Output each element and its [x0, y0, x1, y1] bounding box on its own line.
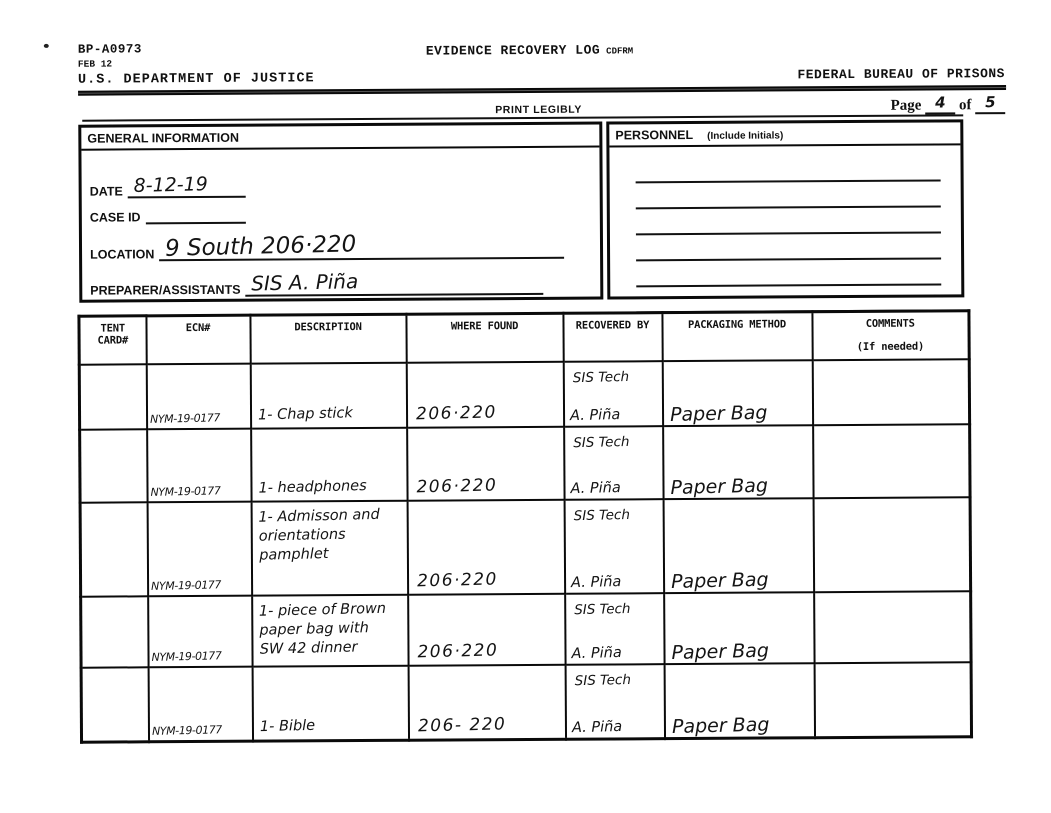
tent-card-cell: [81, 667, 148, 742]
personnel-lines: [609, 145, 961, 313]
agency-name: FEDERAL BUREAU OF PRISONS: [797, 66, 1005, 82]
general-information-box: GENERAL INFORMATION DATE 8-12-19 CASE ID…: [78, 122, 603, 303]
personnel-blank-line: [636, 181, 941, 209]
ecn-cell: NYM-19-0177: [147, 501, 252, 596]
location-line: 9 South 206·220: [159, 232, 564, 261]
header-recovered-by: RECOVERED BY: [563, 313, 662, 362]
comments-cell: [813, 497, 971, 592]
header-tent-card-line2: CARD#: [82, 334, 145, 346]
description-value: 1- Admisson and orientations pamphlet: [258, 505, 381, 564]
preparer-field: PREPARER/ASSISTANTS SIS A. Piña: [90, 269, 590, 298]
where-found-value: 206·220: [415, 402, 496, 424]
date-field: DATE 8-12-19: [90, 172, 590, 199]
header-where-found: WHERE FOUND: [406, 313, 563, 362]
header-ecn: ECN#: [146, 315, 250, 364]
page-label: Page: [891, 98, 922, 114]
personnel-box: PERSONNEL(Include Initials): [606, 119, 964, 299]
scan-speck: [44, 44, 49, 48]
ecn-value: NYM-19-0177: [151, 723, 221, 738]
header-comments: COMMENTS (If needed): [812, 311, 969, 360]
preparer-value: SIS A. Piña: [245, 269, 359, 296]
description-cell: 1- Chap stick: [250, 362, 406, 428]
ecn-cell: NYM-19-0177: [148, 595, 252, 667]
evidence-recovery-log-form: BP-A0973 FEB 12 U.S. DEPARTMENT OF JUSTI…: [0, 0, 1051, 813]
header-tent-card-line1: TENT: [81, 322, 144, 334]
packaging-method-cell: Paper Bag: [664, 663, 814, 739]
recovered-by-line1: SIS Tech: [574, 671, 631, 688]
evidence-row: NYM-19-0177 1- Admisson and orientations…: [80, 497, 971, 596]
location-field: LOCATION 9 South 206·220: [90, 232, 590, 262]
evidence-table: TENT CARD# ECN# DESCRIPTION WHERE FOUND …: [77, 309, 973, 743]
recovered-by-line1: SIS Tech: [573, 506, 630, 523]
total-pages-line: 5: [975, 93, 1005, 114]
ecn-cell: NYM-19-0177: [147, 428, 251, 502]
ecn-value: NYM-19-0177: [149, 411, 219, 426]
ecn-cell: NYM-19-0177: [148, 666, 252, 742]
where-found-value: 206·220: [416, 475, 497, 497]
recovered-by-cell: SIS TechA. Piña: [563, 361, 662, 427]
where-found-cell: 206·220: [407, 499, 565, 594]
ecn-value: NYM-19-0177: [151, 649, 221, 664]
case-id-label: CASE ID: [90, 210, 141, 224]
page-number-field: Page 4 of 5: [891, 93, 1006, 115]
description-cell: 1- piece of Brown paper bag with SW 42 d…: [252, 594, 408, 666]
tent-card-cell: [81, 596, 148, 667]
form-number: BP-A0973: [78, 42, 142, 56]
date-line: 8-12-19: [128, 174, 246, 199]
personnel-title-bar: PERSONNEL(Include Initials): [609, 122, 960, 147]
personnel-subtitle: (Include Initials): [707, 130, 783, 141]
recovered-by-line1: SIS Tech: [572, 368, 629, 385]
comments-cell: [814, 591, 971, 663]
case-id-field: CASE ID: [90, 206, 590, 225]
date-label: DATE: [90, 184, 123, 198]
packaging-method-cell: Paper Bag: [664, 592, 814, 664]
total-pages-value: 5: [985, 93, 996, 111]
evidence-row: NYM-19-0177 1- Bible 206- 220 SIS TechA.…: [81, 662, 971, 742]
recovered-by-line2: A. Piña: [569, 406, 620, 423]
where-found-cell: 206- 220: [408, 664, 565, 740]
packaging-method-value: Paper Bag: [670, 568, 768, 592]
where-found-value: 206- 220: [417, 714, 506, 736]
header-comments-line1: COMMENTS: [814, 317, 967, 330]
personnel-blank-line: [636, 207, 941, 235]
where-found-value: 206·220: [416, 569, 497, 591]
date-value: 8-12-19: [128, 173, 209, 197]
header-comments-line2: (If needed): [814, 340, 967, 353]
evidence-table-header-row: TENT CARD# ECN# DESCRIPTION WHERE FOUND …: [79, 311, 969, 364]
ecn-value: NYM-19-0177: [150, 484, 220, 499]
page-number-value: 4: [935, 93, 946, 111]
description-cell: 1- Bible: [252, 665, 408, 741]
packaging-method-cell: Paper Bag: [662, 360, 812, 426]
description-value: 1- headphones: [258, 477, 367, 498]
recovered-by-line1: SIS Tech: [574, 600, 631, 617]
packaging-method-cell: Paper Bag: [663, 498, 814, 593]
recovered-by-line2: A. Piña: [570, 573, 621, 590]
recovered-by-line2: A. Piña: [571, 644, 622, 661]
print-legibly-instruction: PRINT LEGIBLY: [495, 104, 582, 117]
description-cell: 1- headphones: [251, 427, 407, 501]
where-found-cell: 206·220: [407, 426, 564, 500]
evidence-row: NYM-19-0177 1- Chap stick 206·220 SIS Te…: [79, 359, 969, 429]
recovered-by-cell: SIS TechA. Piña: [565, 664, 664, 740]
tent-card-cell: [80, 502, 148, 596]
tent-card-cell: [80, 429, 147, 502]
description-cell: 1- Admisson and orientations pamphlet: [251, 500, 408, 595]
comments-cell: [813, 424, 970, 498]
scanned-form-page: BP-A0973 FEB 12 U.S. DEPARTMENT OF JUSTI…: [0, 0, 1051, 813]
location-value: 9 South 206·220: [159, 231, 357, 262]
comments-cell: [812, 359, 969, 425]
of-label: of: [959, 97, 972, 113]
header-description: DESCRIPTION: [250, 314, 406, 363]
form-title-code: CDFRM: [606, 46, 633, 56]
personnel-blank-line: [635, 155, 940, 183]
personnel-blank-line: [636, 259, 941, 287]
where-found-value: 206·220: [417, 640, 498, 662]
packaging-method-cell: Paper Bag: [663, 425, 813, 499]
case-id-line: [145, 208, 245, 225]
description-value: 1- Chap stick: [257, 404, 352, 425]
form-edition-date: FEB 12: [78, 59, 112, 70]
preparer-label: PREPARER/ASSISTANTS: [90, 283, 240, 298]
header-packaging-method: PACKAGING METHOD: [662, 312, 812, 361]
packaging-method-value: Paper Bag: [671, 639, 769, 663]
evidence-row: NYM-19-0177 1- headphones 206·220 SIS Te…: [80, 424, 970, 502]
header-tent-card: TENT CARD#: [79, 316, 146, 364]
ecn-cell: NYM-19-0177: [146, 363, 250, 429]
preparer-line: SIS A. Piña: [245, 269, 543, 297]
recovered-by-cell: SIS TechA. Piña: [564, 426, 663, 500]
general-information-body: DATE 8-12-19 CASE ID LOCATION 9 South 20…: [81, 148, 600, 298]
recovered-by-line2: A. Piña: [570, 479, 621, 496]
recovered-by-cell: SIS TechA. Piña: [564, 499, 664, 594]
tent-card-cell: [79, 364, 146, 429]
recovered-by-line1: SIS Tech: [573, 433, 630, 450]
personnel-title: PERSONNEL: [615, 128, 693, 142]
description-value: 1- Bible: [259, 717, 315, 737]
page-number-line: 4: [925, 93, 955, 114]
evidence-row: NYM-19-0177 1- piece of Brown paper bag …: [81, 591, 971, 667]
description-value: 1- piece of Brown paper bag with SW 42 d…: [258, 599, 386, 659]
ecn-value: NYM-19-0177: [150, 578, 220, 593]
general-information-title: GENERAL INFORMATION: [81, 125, 599, 151]
packaging-method-value: Paper Bag: [671, 714, 769, 738]
comments-cell: [814, 662, 971, 738]
recovered-by-line2: A. Piña: [571, 719, 622, 736]
packaging-method-value: Paper Bag: [669, 401, 767, 425]
personnel-blank-line: [636, 233, 941, 261]
where-found-cell: 206·220: [408, 593, 565, 665]
location-label: LOCATION: [90, 247, 154, 261]
form-title-text: EVIDENCE RECOVERY LOG: [426, 43, 600, 59]
department-name: U.S. DEPARTMENT OF JUSTICE: [78, 71, 315, 87]
packaging-method-value: Paper Bag: [670, 474, 768, 498]
where-found-cell: 206·220: [406, 361, 563, 427]
form-title: EVIDENCE RECOVERY LOGCDFRM: [426, 42, 633, 58]
recovered-by-cell: SIS TechA. Piña: [565, 593, 664, 665]
